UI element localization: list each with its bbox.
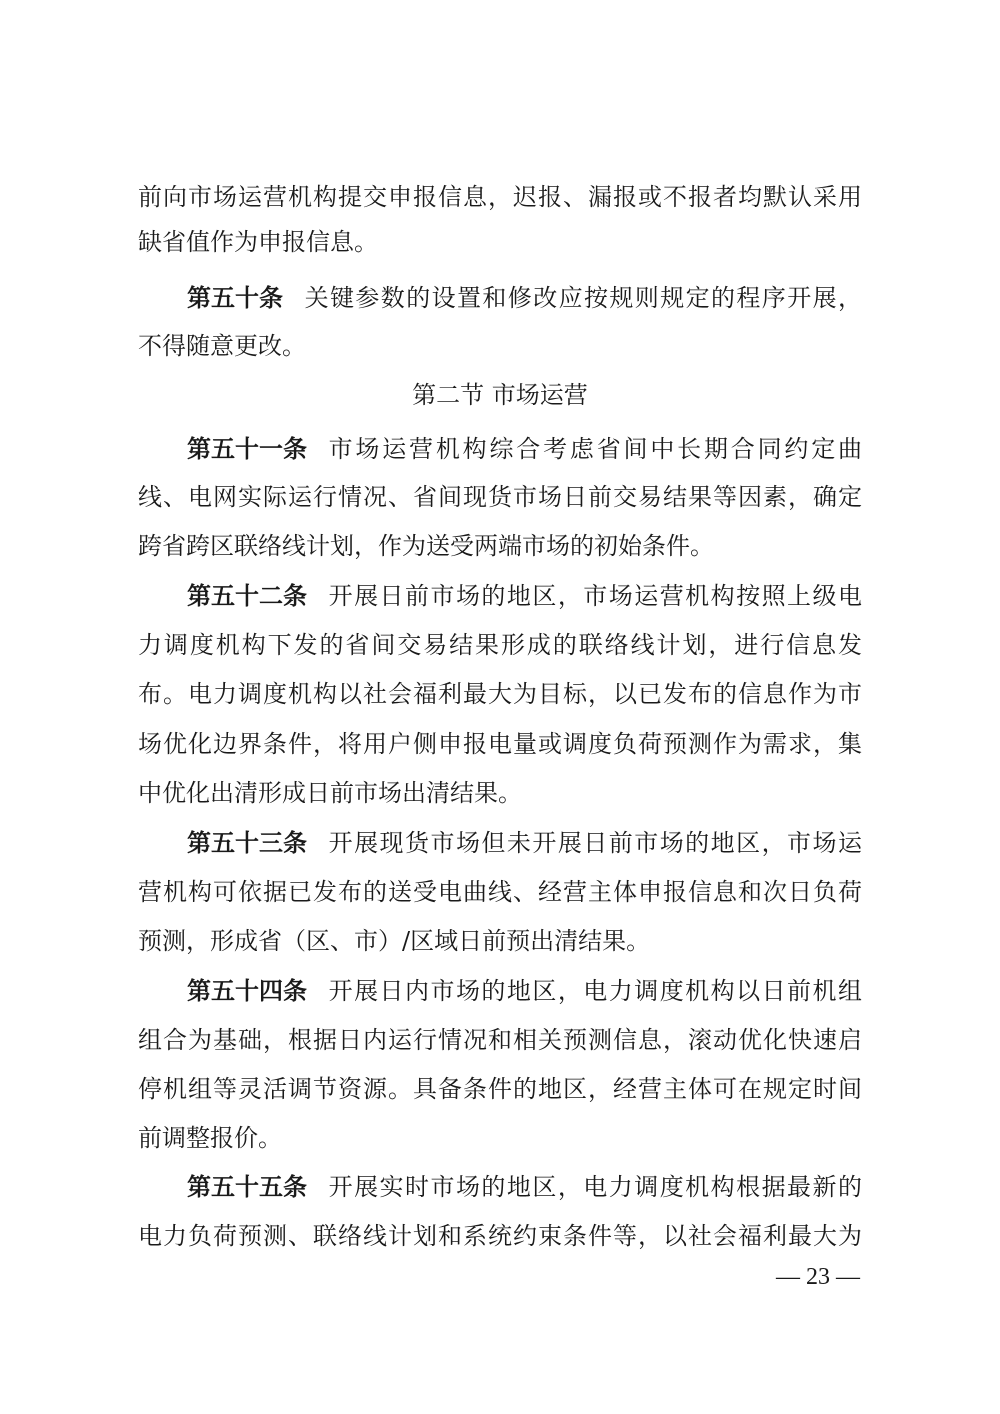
line-text: 中优化出清形成日前市场出清结果。 [138, 779, 522, 807]
article-number: 第五十五条 [187, 1167, 307, 1207]
text-line: 不得随意更改。 [138, 326, 862, 366]
line-text: 开展日内市场的地区，电力调度机构以日前机组 [329, 971, 862, 1011]
line-text: 布。电力调度机构以社会福利最大为目标，以已发布的信息作为市 [138, 680, 862, 708]
page-number: — 23 — [776, 1257, 860, 1297]
text-line: 中优化出清形成日前市场出清结果。 [138, 773, 862, 813]
article-first-line: 第五十条关键参数的设置和修改应按规则规定的程序开展， [187, 278, 862, 318]
document-page: 前向市场运营机构提交申报信息，迟报、漏报或不报者均默认采用缺省值作为申报信息。第… [0, 0, 1000, 1414]
line-text: 线、电网实际运行情况、省间现货市场日前交易结果等因素，确定 [138, 483, 862, 511]
line-text: 场优化边界条件，将用户侧申报电量或调度负荷预测作为需求，集 [138, 730, 862, 758]
line-text: 市场运营机构综合考虑省间中长期合同约定曲 [329, 429, 862, 469]
article-first-line: 第五十一条市场运营机构综合考虑省间中长期合同约定曲 [187, 429, 862, 469]
line-text: 营机构可依据已发布的送受电曲线、经营主体申报信息和次日负荷 [138, 878, 862, 906]
article-first-line: 第五十四条开展日内市场的地区，电力调度机构以日前机组 [187, 971, 862, 1011]
article-first-line: 第五十五条开展实时市场的地区，电力调度机构根据最新的 [187, 1167, 862, 1207]
article-number: 第五十条 [187, 278, 283, 318]
article-number: 第五十三条 [187, 823, 307, 863]
text-line: 力调度机构下发的省间交易结果形成的联络线计划，进行信息发 [138, 625, 862, 665]
text-line: 营机构可依据已发布的送受电曲线、经营主体申报信息和次日负荷 [138, 872, 862, 912]
article-number: 第五十四条 [187, 971, 307, 1011]
line-text: 缺省值作为申报信息。 [138, 228, 378, 256]
line-text: 前调整报价。 [138, 1124, 282, 1152]
line-text: 不得随意更改。 [138, 332, 306, 360]
article-number: 第五十一条 [187, 429, 307, 469]
article-first-line: 第五十三条开展现货市场但未开展日前市场的地区，市场运 [187, 823, 862, 863]
line-text: 力调度机构下发的省间交易结果形成的联络线计划，进行信息发 [138, 631, 862, 659]
line-text: 开展现货市场但未开展日前市场的地区，市场运 [329, 823, 862, 863]
text-line: 缺省值作为申报信息。 [138, 222, 862, 262]
line-text: 组合为基础，根据日内运行情况和相关预测信息，滚动优化快速启 [138, 1026, 862, 1054]
article-number: 第五十二条 [187, 576, 307, 616]
text-line: 停机组等灵活调节资源。具备条件的地区，经营主体可在规定时间 [138, 1069, 862, 1109]
line-text: 电力负荷预测、联络线计划和系统约束条件等，以社会福利最大为 [138, 1222, 862, 1250]
line-text: 关键参数的设置和修改应按规则规定的程序开展， [305, 278, 862, 318]
line-text: 开展日前市场的地区，市场运营机构按照上级电 [329, 576, 862, 616]
text-line: 前调整报价。 [138, 1118, 862, 1158]
line-text: 跨省跨区联络线计划，作为送受两端市场的初始条件。 [138, 532, 714, 560]
text-line: 跨省跨区联络线计划，作为送受两端市场的初始条件。 [138, 526, 862, 566]
text-line: 场优化边界条件，将用户侧申报电量或调度负荷预测作为需求，集 [138, 724, 862, 764]
text-line: 前向市场运营机构提交申报信息，迟报、漏报或不报者均默认采用 [138, 177, 862, 217]
text-line: 组合为基础，根据日内运行情况和相关预测信息，滚动优化快速启 [138, 1020, 862, 1060]
text-line: 布。电力调度机构以社会福利最大为目标，以已发布的信息作为市 [138, 674, 862, 714]
text-line: 预测，形成省（区、市）/区域日前预出清结果。 [138, 921, 862, 961]
line-text: 停机组等灵活调节资源。具备条件的地区，经营主体可在规定时间 [138, 1075, 862, 1103]
line-text: 开展实时市场的地区，电力调度机构根据最新的 [329, 1167, 862, 1207]
article-first-line: 第五十二条开展日前市场的地区，市场运营机构按照上级电 [187, 576, 862, 616]
text-line: 电力负荷预测、联络线计划和系统约束条件等，以社会福利最大为 [138, 1216, 862, 1256]
text-line: 线、电网实际运行情况、省间现货市场日前交易结果等因素，确定 [138, 477, 862, 517]
line-text: 预测，形成省（区、市）/区域日前预出清结果。 [138, 927, 650, 955]
section-heading: 第二节 市场运营 [0, 375, 1000, 415]
line-text: 前向市场运营机构提交申报信息，迟报、漏报或不报者均默认采用 [138, 183, 862, 211]
